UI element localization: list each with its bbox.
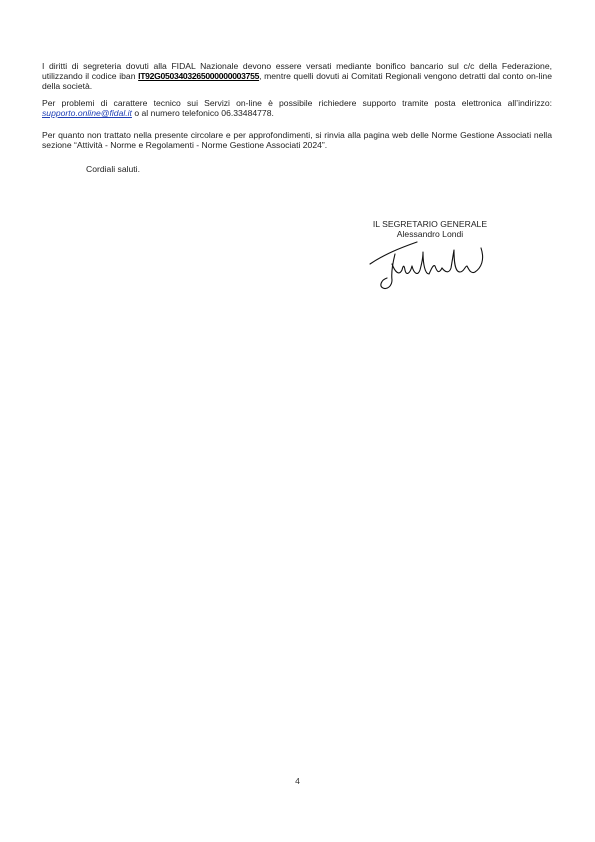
- support-text: Per problemi di carattere tecnico sui Se…: [42, 98, 552, 108]
- paragraph-support: Per problemi di carattere tecnico sui Se…: [42, 98, 552, 118]
- closing-greeting: Cordiali saluti.: [86, 164, 140, 174]
- paragraph-fees: I diritti di segreteria dovuti alla FIDA…: [42, 61, 552, 91]
- paragraph-references: Per quanto non trattato nella presente c…: [42, 130, 552, 150]
- signatory-name: Alessandro Londi: [355, 229, 505, 239]
- handwritten-signature-icon: [365, 240, 495, 296]
- iban-code: IT92G0503403265000000003755: [138, 71, 259, 81]
- document-page: I diritti di segreteria dovuti alla FIDA…: [0, 0, 595, 842]
- signatory-title: IL SEGRETARIO GENERALE: [355, 219, 505, 229]
- signature-block: IL SEGRETARIO GENERALE Alessandro Londi: [355, 219, 505, 239]
- page-number: 4: [0, 776, 595, 786]
- support-email-link[interactable]: supporto.online@fidal.it: [42, 108, 132, 118]
- support-phone-text: o al numero telefonico 06.33484778.: [132, 108, 274, 118]
